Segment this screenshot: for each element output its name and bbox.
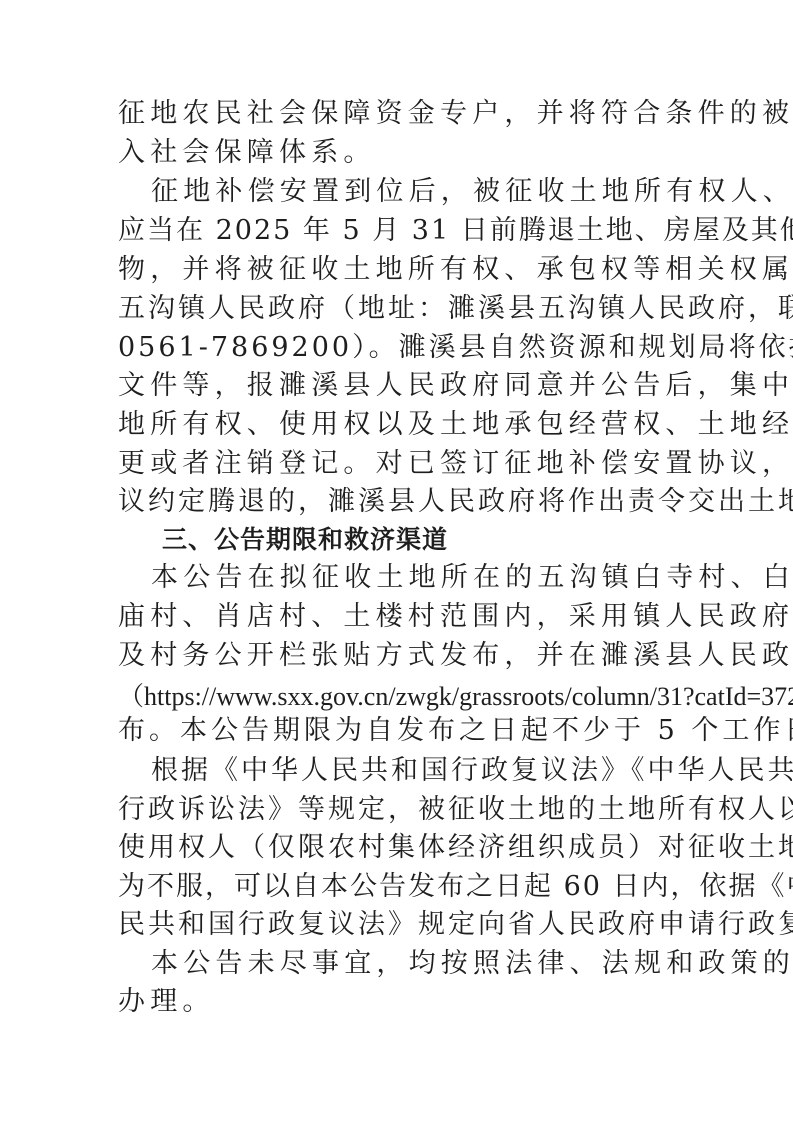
paragraph-line: 使用权人（仅限农村集体经济组织成员）对征收土地批复行	[118, 829, 678, 867]
paragraph-line: 为不服，可以自本公告发布之日起 60 日内，依据《中华人	[118, 868, 678, 906]
paragraph-line: 文件等，报濉溪县人民政府同意并公告后，集中办理集体土	[118, 367, 678, 405]
paragraph-line: 民共和国行政复议法》规定向省人民政府申请行政复议。	[118, 906, 678, 944]
paragraph-line: 更或者注销登记。对已签订征地补偿安置协议，但拒不按协	[118, 445, 678, 483]
paragraph-line: 物，并将被征收土地所有权、承包权等相关权属证书移交给	[118, 251, 678, 289]
paragraph-line: 应当在 2025 年 5 月 31 日前腾退土地、房屋及其他地上附着	[118, 212, 678, 250]
paragraph-line: 布。本公告期限为自发布之日起不少于 5 个工作日。	[118, 712, 678, 750]
paragraph-line: 0561-7869200）。濉溪县自然资源和规划局将依据征地批准	[118, 329, 678, 367]
paragraph-line: 地所有权、使用权以及土地承包经营权、土地经营权等的变	[118, 406, 678, 444]
paragraph-line: 本公告未尽事宜，均按照法律、法规和政策的有关规定	[151, 945, 678, 983]
paragraph-line: 办理。	[118, 983, 678, 1021]
paragraph-line: 议约定腾退的，濉溪县人民政府将作出责令交出土地的决定。	[118, 483, 683, 521]
website-url-line: （https://www.sxx.gov.cn/zwgk/grassroots/…	[118, 678, 678, 716]
paragraph-line: 入社会保障体系。	[118, 134, 678, 172]
paragraph-line: 五沟镇人民政府（地址：濉溪县五沟镇人民政府，联系电话：	[118, 290, 678, 328]
paragraph-line: 本公告在拟征收土地所在的五沟镇白寺村、白沙村、魏	[151, 559, 678, 597]
paragraph-line: 及村务公开栏张贴方式发布，并在濉溪县人民政府网站门户	[118, 637, 678, 675]
paragraph-line: 庙村、肖店村、土楼村范围内，采用镇人民政府政务公开栏	[118, 598, 678, 636]
paragraph-line: 征地农民社会保障资金专户，并将符合条件的被征地农民纳	[118, 95, 678, 133]
paragraph-line: 征地补偿安置到位后，被征收土地所有权人、使用权人	[151, 173, 678, 211]
section-heading: 三、公告期限和救济渠道	[162, 521, 722, 559]
paragraph-line: 行政诉讼法》等规定，被征收土地的土地所有权人以及土地	[118, 791, 678, 829]
document-page: 征地农民社会保障资金专户，并将符合条件的被征地农民纳 入社会保障体系。 征地补偿…	[0, 0, 793, 1121]
paragraph-line: 根据《中华人民共和国行政复议法》《中华人民共和国	[151, 752, 678, 790]
